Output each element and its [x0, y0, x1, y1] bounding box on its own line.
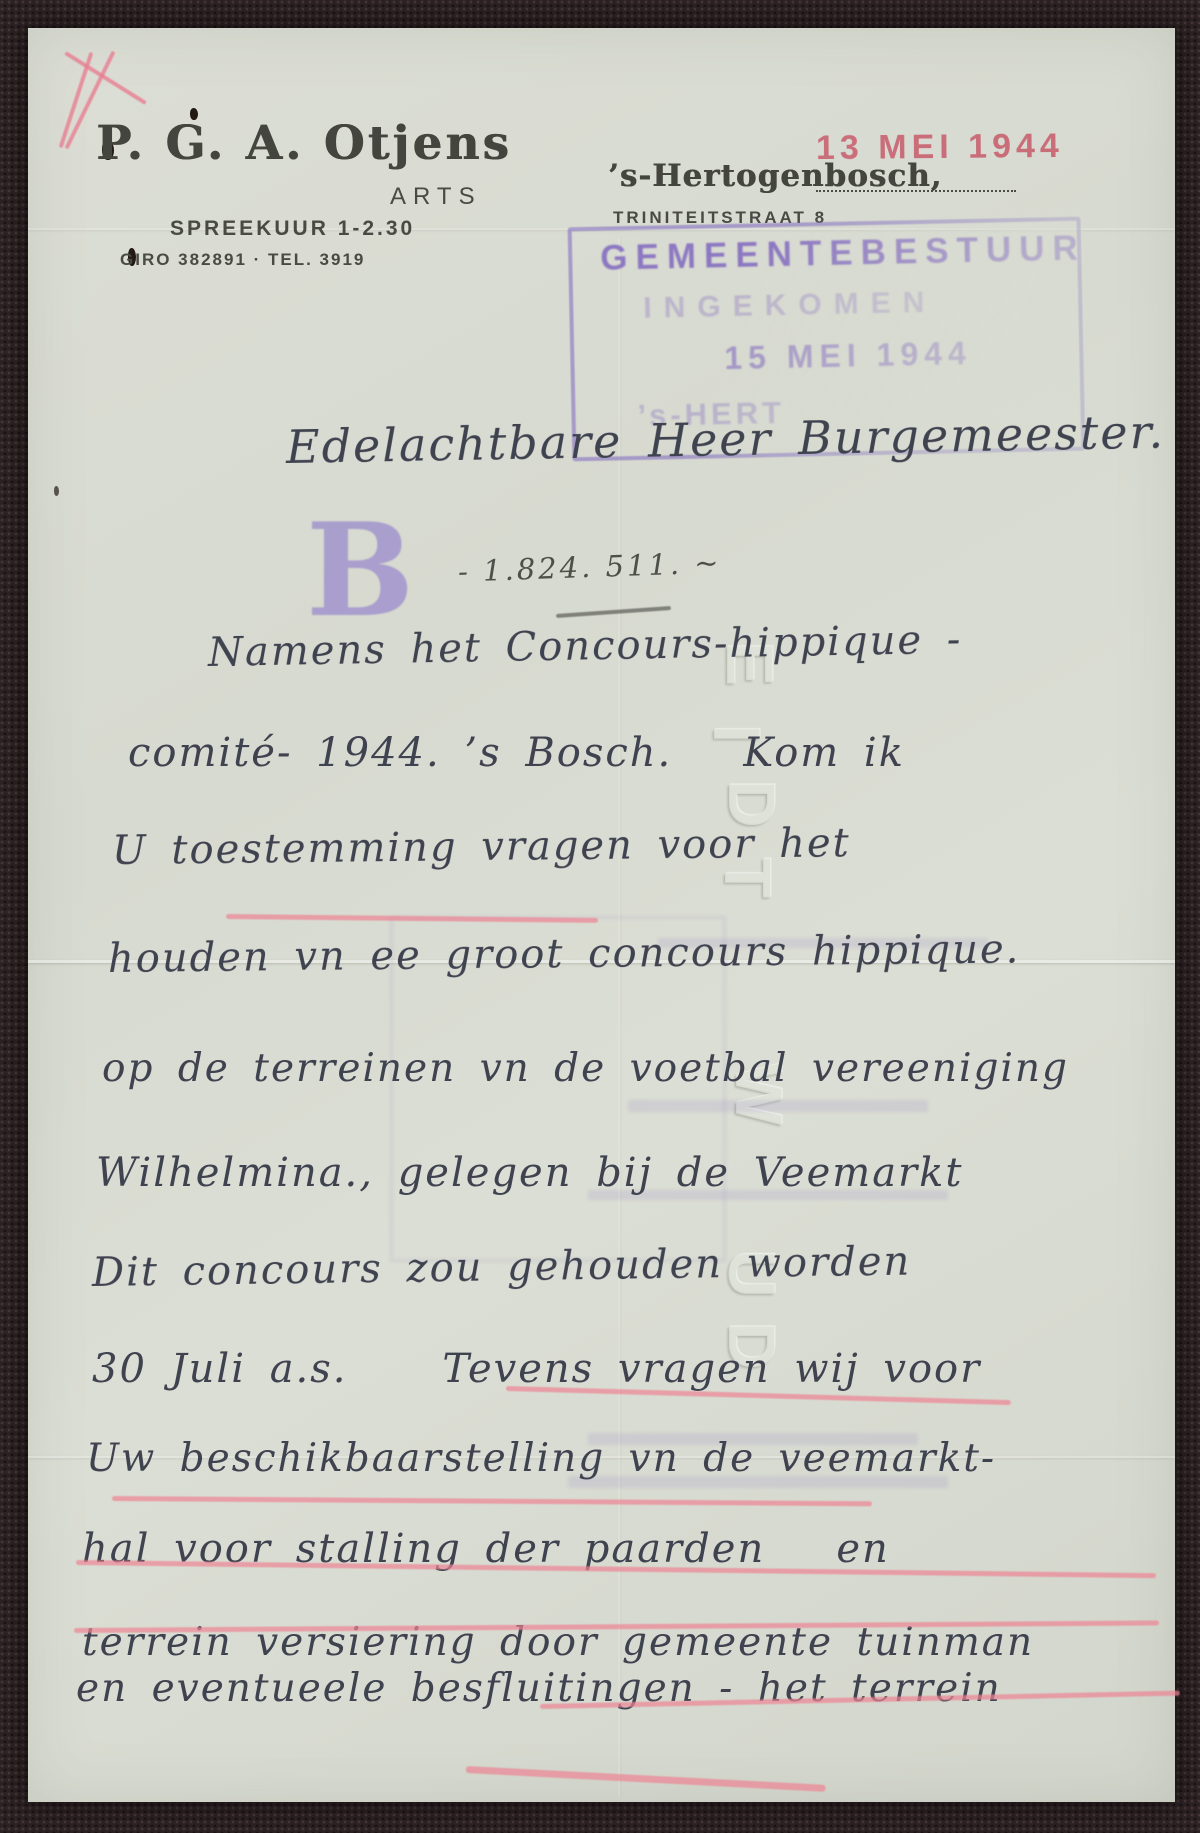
letterhead-office-hours: SPREEKUUR 1-2.30: [170, 217, 415, 241]
red-date-stamp: 13 MEI 1944: [816, 127, 1064, 168]
letter-paper: P. G. A. Otjens ARTS SPREEKUUR 1-2.30 GI…: [28, 28, 1175, 1802]
handwriting-line: Uw beschikbaarstelling vn de veemarkt-: [86, 1436, 996, 1481]
handwriting-salutation: Edelachtbare Heer Burgemeester.: [286, 405, 1166, 474]
letterhead-giro-telephone: GIRO 382891 · TEL. 3919: [120, 250, 365, 270]
photo-of-letter-on-fabric: { "document": { "letterhead": { "name": …: [0, 0, 1200, 1833]
registry-number-pencil: - 1.824. 511. ~: [457, 545, 722, 588]
handwriting-line: op de terreinen vn de voetbal vereenigin…: [102, 1046, 1069, 1091]
date-dotted-line: [816, 190, 1016, 192]
registry-underline: [556, 606, 671, 618]
b-classification-stamp: B: [306, 496, 414, 646]
paper-speck: [54, 486, 59, 496]
pink-marking-line: [466, 1766, 826, 1792]
handwriting-line: U toestemming vragen voor het: [112, 820, 851, 874]
handwriting-line: en eventueele besfluitingen - het terrei…: [76, 1666, 1002, 1711]
ghost-ink-smudge: [628, 1100, 928, 1112]
letterhead-name: P. G. A. Otjens: [96, 116, 512, 171]
handwriting-line: houden vn ee groot concours hippique.: [108, 926, 1021, 982]
handwriting-line: 30 Juli a.s. Tevens vragen wij voor: [92, 1346, 981, 1392]
letterhead-role: ARTS: [390, 183, 482, 211]
pink-marking-line: [112, 1496, 872, 1506]
handwriting-line: comité- 1944. ’s Bosch. Kom ik: [128, 730, 905, 776]
handwriting-line: Wilhelmina., gelegen bij de Veemarkt: [96, 1150, 963, 1196]
